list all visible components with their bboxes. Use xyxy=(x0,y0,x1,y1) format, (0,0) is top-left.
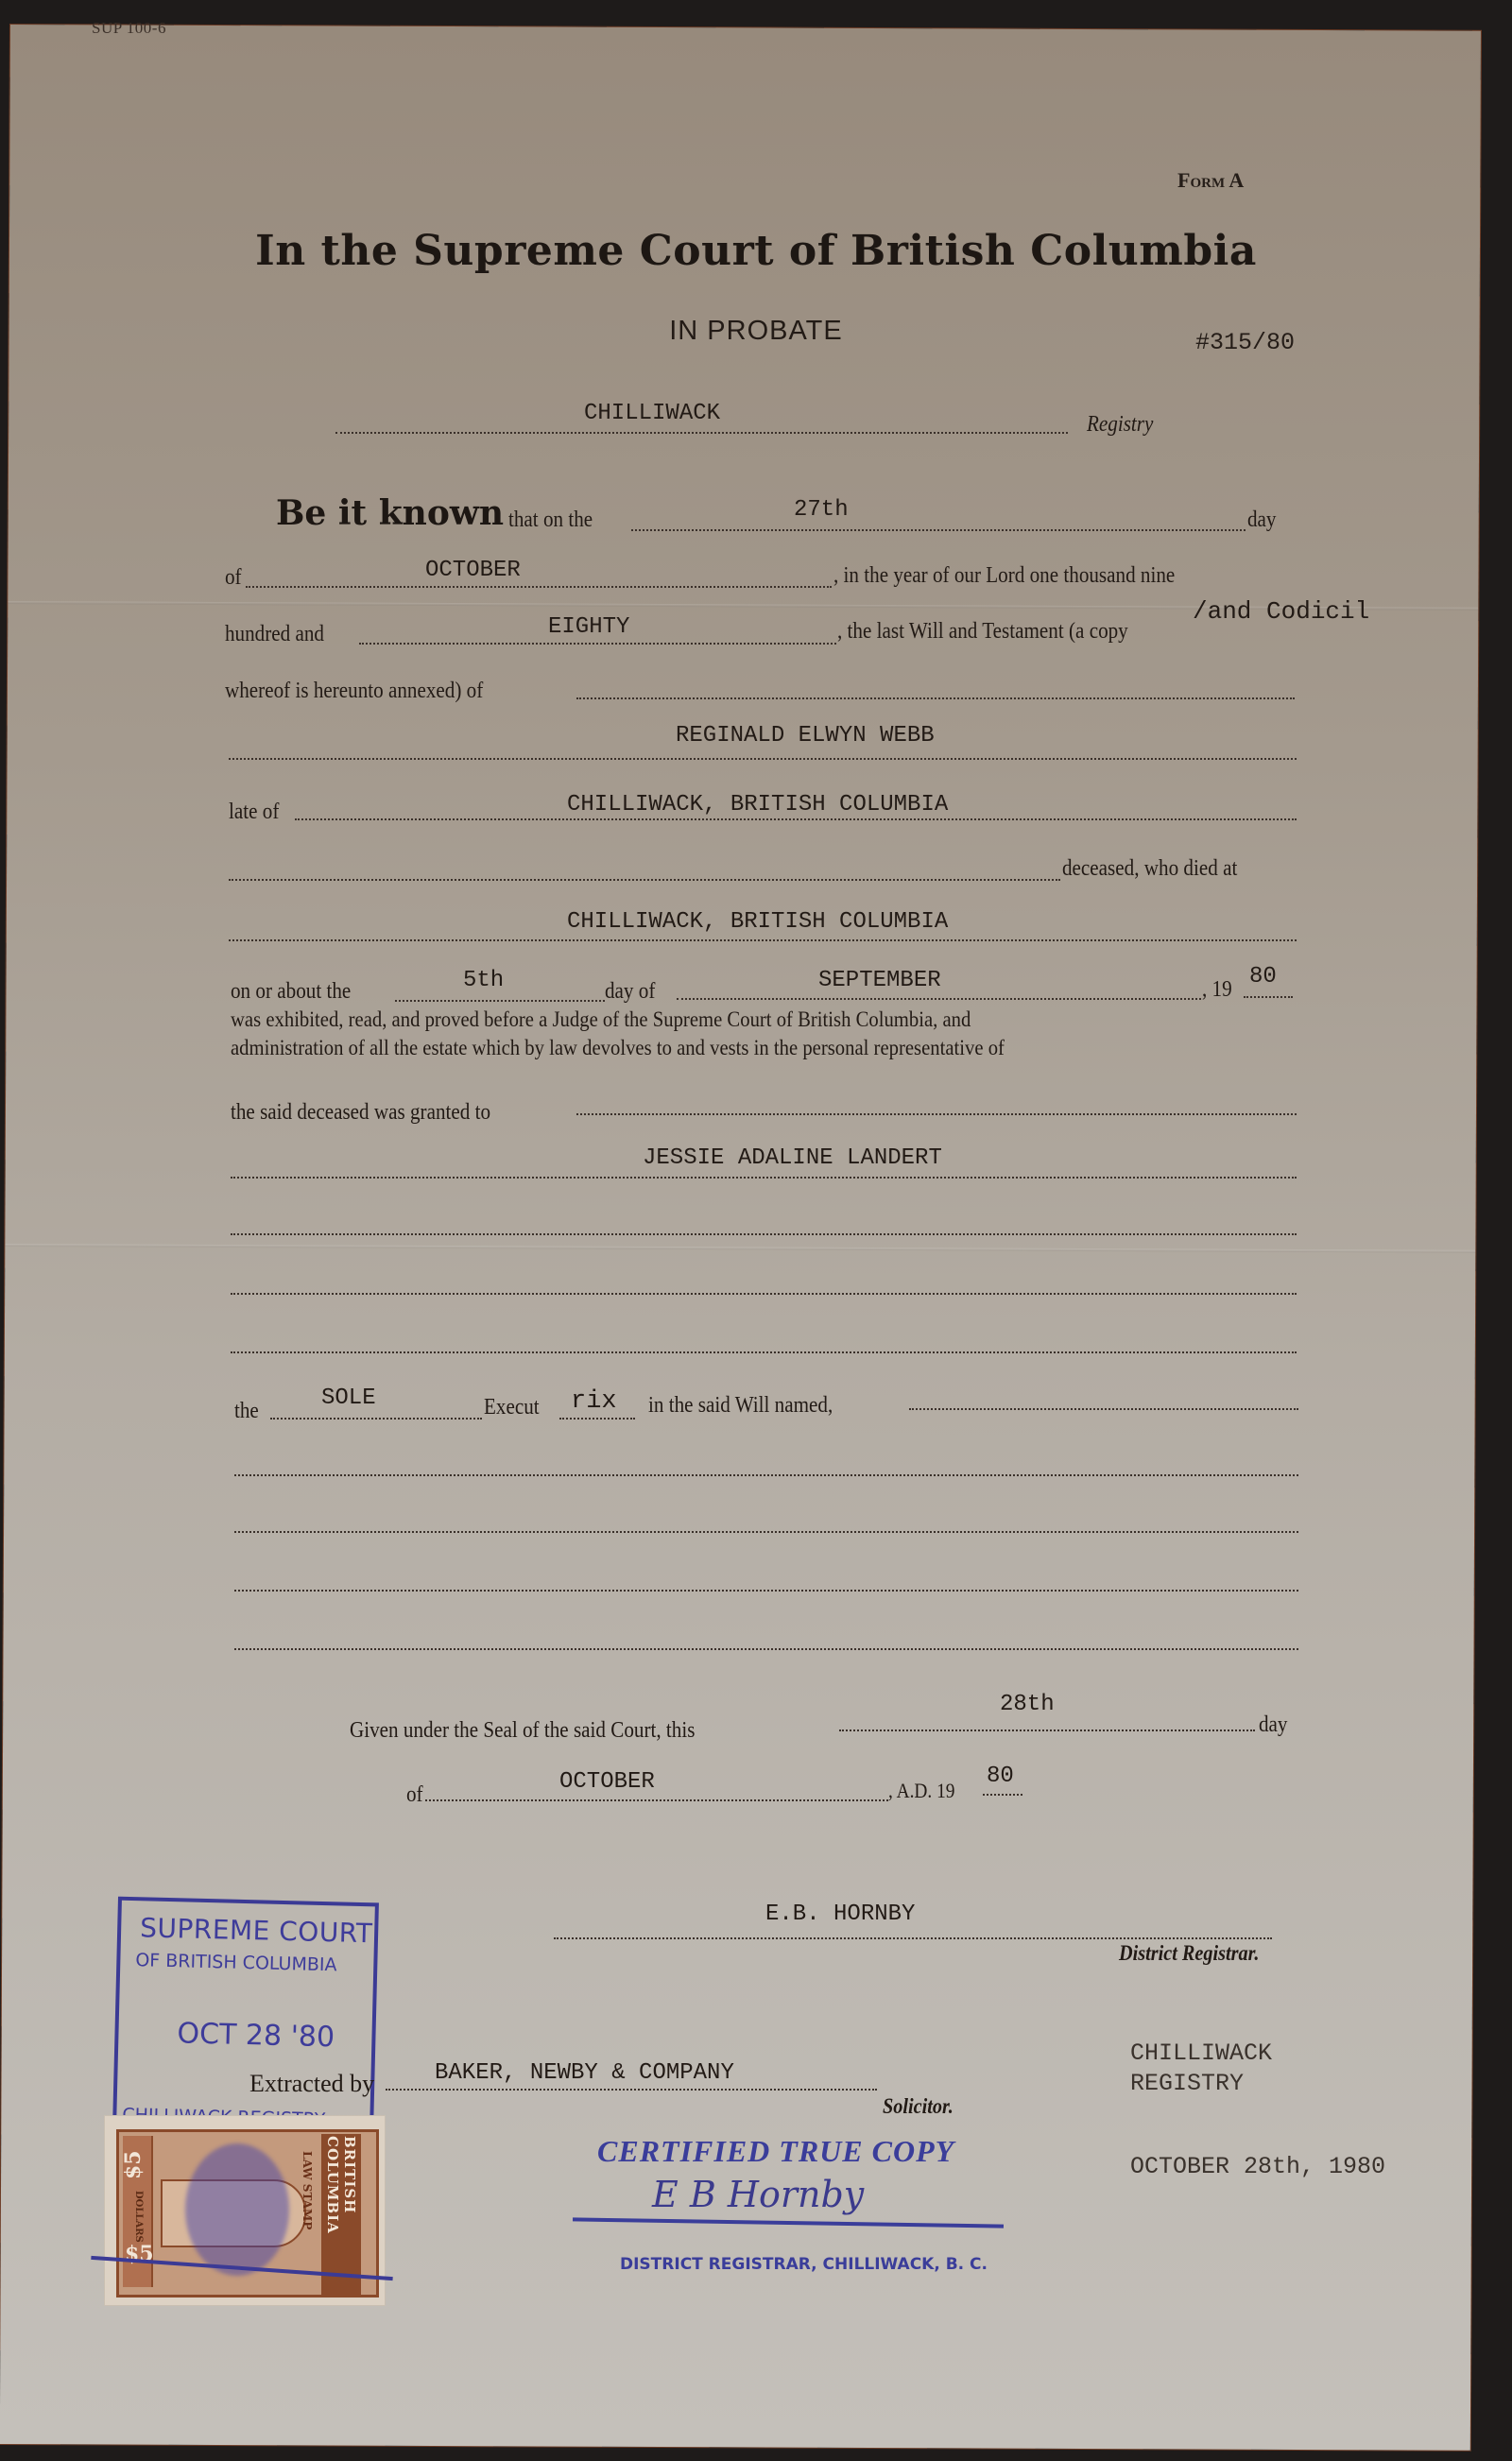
day-of: day of xyxy=(605,979,655,1005)
of-label: of xyxy=(225,565,242,591)
solicitor-line xyxy=(386,2089,877,2091)
stamp-date: OCT 28 '80 xyxy=(177,2017,335,2054)
death-month: SEPTEMBER xyxy=(818,968,941,993)
death-year-prefix: , 19 xyxy=(1202,977,1232,1003)
deceased-line xyxy=(229,879,1060,881)
hundred-and: hundred and xyxy=(225,622,324,647)
registry-note-line-2: REGISTRY xyxy=(1130,2070,1244,2097)
deceased-label: deceased, who died at xyxy=(1062,856,1237,882)
the-label: the xyxy=(234,1399,259,1424)
form-code: SUP 100-6 xyxy=(92,19,166,38)
seal-day: 28th xyxy=(1000,1692,1055,1717)
year-text: , in the year of our Lord one thousand n… xyxy=(833,563,1175,589)
day-line xyxy=(631,529,1246,531)
codicil-insert: /and Codicil xyxy=(1193,597,1369,626)
certified-caption: DISTRICT REGISTRAR, CHILLIWACK, B. C. xyxy=(620,2255,988,2274)
registry-note-line-1: CHILLIWACK xyxy=(1130,2039,1272,2067)
form-label: Form A xyxy=(1177,168,1244,193)
on-or-about: on or about the xyxy=(231,979,351,1005)
registry-label: Registry xyxy=(1087,412,1153,438)
blank-line xyxy=(234,1531,1298,1533)
late-of-line xyxy=(295,818,1297,820)
ad-prefix: , A.D. 19 xyxy=(888,1779,954,1803)
grantee-name: JESSIE ADALINE LANDERT xyxy=(643,1145,942,1171)
stamp-line-1: SUPREME COURT xyxy=(140,1912,373,1949)
registrar-title: District Registrar. xyxy=(1119,1941,1259,1966)
solicitor-title: Solicitor. xyxy=(883,2094,954,2119)
certified-heading: CERTIFIED TRUE COPY xyxy=(597,2134,954,2169)
death-day-line xyxy=(395,1000,605,1002)
death-month-line xyxy=(677,998,1201,1000)
seal-day-line xyxy=(839,1730,1255,1731)
case-number: #315/80 xyxy=(1195,329,1295,356)
stamp-arc-text: BRITISH COLUMBIA xyxy=(321,2134,361,2295)
execut-prefix: Execut xyxy=(484,1395,540,1420)
death-day: 5th xyxy=(463,968,504,993)
day-label: day xyxy=(1247,508,1276,533)
be-it-known: Be it known xyxy=(276,493,504,533)
exhibited-line-2: administration of all the estate which b… xyxy=(231,1036,1005,1061)
registrar-name: E.B. HORNBY xyxy=(765,1902,915,1927)
execut-suffix-line xyxy=(559,1418,635,1420)
solicitor-name: BAKER, NEWBY & COMPANY xyxy=(435,2060,734,2086)
extracted-by-label: Extracted by xyxy=(249,2070,374,2098)
died-at-line xyxy=(229,939,1297,941)
seal-year: 80 xyxy=(987,1764,1014,1789)
registry-note-date: OCTOBER 28th, 1980 xyxy=(1130,2153,1385,2180)
seal-day-label: day xyxy=(1259,1712,1287,1738)
probate-day: 27th xyxy=(794,497,849,523)
cancellation-ink xyxy=(185,2143,289,2276)
probate-month: OCTOBER xyxy=(425,558,521,583)
court-title: In the Supreme Court of British Columbia xyxy=(0,227,1512,275)
blank-line xyxy=(234,1648,1298,1650)
blank-line xyxy=(234,1474,1298,1476)
registrar-line xyxy=(554,1937,1272,1939)
given-under-seal: Given under the Seal of the said Court, … xyxy=(350,1718,695,1744)
stamp-inner-text: LAW STAMP xyxy=(301,2151,314,2229)
registry-value: CHILLIWACK xyxy=(584,401,720,426)
death-year-suffix: 80 xyxy=(1249,964,1277,990)
seal-month: OCTOBER xyxy=(559,1769,655,1795)
executor-type: SOLE xyxy=(321,1385,376,1411)
blank-line xyxy=(231,1293,1297,1295)
deceased-name: REGINALD ELWYN WEBB xyxy=(676,723,935,749)
blank-line xyxy=(231,1233,1297,1235)
seal-month-line xyxy=(425,1799,888,1801)
exhibited-line-1: was exhibited, read, and proved before a… xyxy=(231,1007,971,1033)
died-at-value: CHILLIWACK, BRITISH COLUMBIA xyxy=(567,909,948,935)
law-stamp: $5 $5 DOLLARS BRITISH COLUMBIA LAW STAMP xyxy=(104,2115,386,2306)
that-on-the: that on the xyxy=(508,508,593,533)
will-named-line xyxy=(909,1408,1298,1410)
whereof-text: whereof is hereunto annexed) of xyxy=(225,679,483,704)
will-text: , the last Will and Testament (a copy xyxy=(837,619,1128,645)
denomination-unit: DOLLARS xyxy=(133,2191,144,2243)
month-line xyxy=(246,586,832,588)
death-year-line xyxy=(1244,996,1293,998)
deceased-name-line xyxy=(229,758,1297,760)
stamp-line-2: OF BRITISH COLUMBIA xyxy=(135,1950,337,1975)
registry-line xyxy=(335,432,1068,434)
late-of-label: late of xyxy=(229,800,279,825)
year-line xyxy=(359,643,836,645)
blank-line xyxy=(234,1590,1298,1592)
whereof-line xyxy=(576,697,1295,699)
granted-to: the said deceased was granted to xyxy=(231,1100,490,1126)
probate-year: EIGHTY xyxy=(548,614,629,640)
fold-crease xyxy=(5,1244,1475,1253)
seal-of-label: of xyxy=(406,1782,423,1808)
registrar-signature: E B Hornby xyxy=(652,2174,864,2215)
late-of-value: CHILLIWACK, BRITISH COLUMBIA xyxy=(567,792,948,817)
execut-suffix: rix xyxy=(571,1387,617,1416)
denomination-top: $5 xyxy=(121,2150,146,2179)
seal-year-line xyxy=(983,1794,1022,1796)
executor-type-line xyxy=(270,1418,482,1420)
grantee-line xyxy=(231,1177,1297,1179)
will-named: in the said Will named, xyxy=(648,1393,833,1419)
granted-to-line xyxy=(576,1113,1297,1115)
blank-line xyxy=(231,1351,1297,1353)
